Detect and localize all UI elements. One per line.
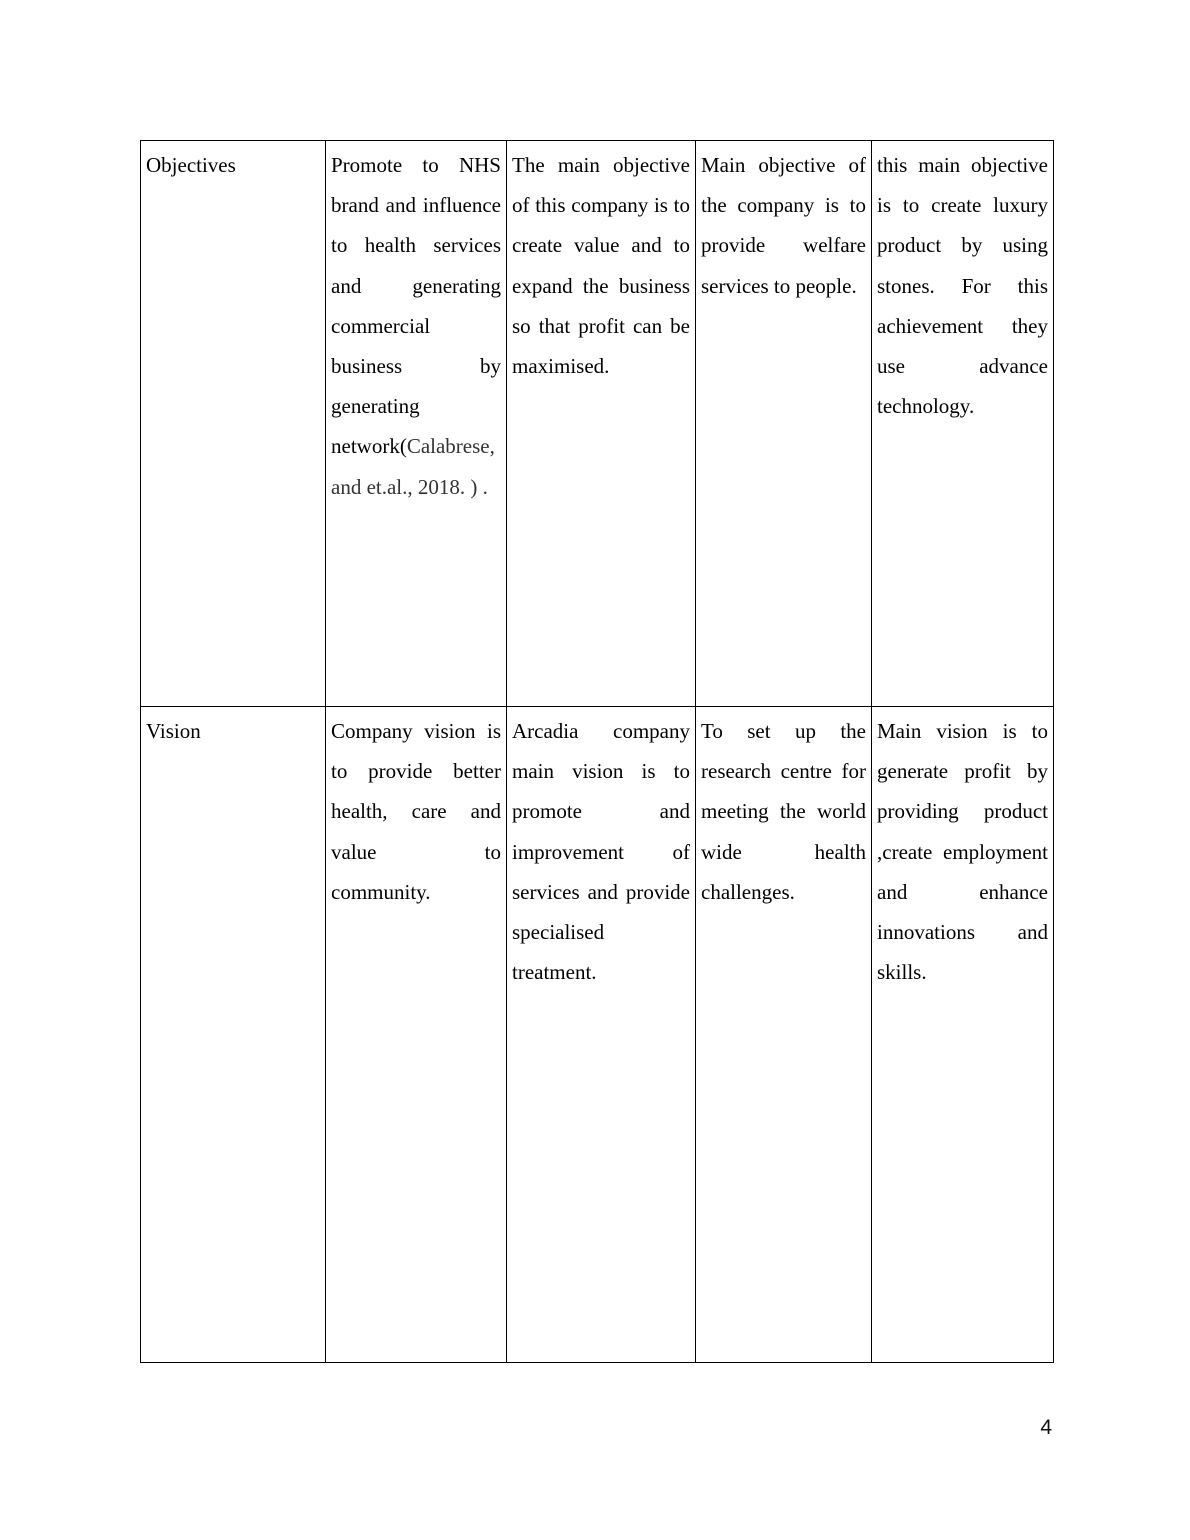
table-row-vision: Vision Company vision is to provide bett… <box>141 707 1054 1363</box>
document-page: Objectives Promote to NHS brand and infl… <box>0 0 1190 1540</box>
cell-text: Company vision is to provide better heal… <box>331 711 501 912</box>
cell-text: this main objective is to create luxury … <box>877 145 1048 426</box>
table-cell: Company vision is to provide better heal… <box>326 707 507 1363</box>
page-number: 4 <box>1030 1416 1052 1440</box>
table-cell: this main objective is to create luxury … <box>872 141 1054 707</box>
cell-text-with-citation: Promote to NHS brand and influence to he… <box>331 145 501 507</box>
cell-text: To set up the research centre for meetin… <box>701 711 866 912</box>
table-cell: To set up the research centre for meetin… <box>696 707 872 1363</box>
row-label-text: Objectives <box>146 153 236 177</box>
table-cell: The main objective of this company is to… <box>507 141 696 707</box>
row-label-text: Vision <box>146 719 201 743</box>
row-label-objectives: Objectives <box>141 141 326 707</box>
row-label-vision: Vision <box>141 707 326 1363</box>
cell-text: Main vision is to generate profit by pro… <box>877 711 1048 992</box>
table-cell: Arcadia company main vision is to promot… <box>507 707 696 1363</box>
cell-text: The main objective of this company is to… <box>512 145 690 386</box>
cell-text: Main objective of the company is to prov… <box>701 145 866 306</box>
table-cell: Main vision is to generate profit by pro… <box>872 707 1054 1363</box>
table-cell: Main objective of the company is to prov… <box>696 141 872 707</box>
comparison-table: Objectives Promote to NHS brand and infl… <box>140 140 1054 1363</box>
table-cell: Promote to NHS brand and influence to he… <box>326 141 507 707</box>
cell-text: Promote to NHS brand and influence to he… <box>331 153 501 458</box>
table-row-objectives: Objectives Promote to NHS brand and infl… <box>141 141 1054 707</box>
cell-text: Arcadia company main vision is to promot… <box>512 711 690 992</box>
